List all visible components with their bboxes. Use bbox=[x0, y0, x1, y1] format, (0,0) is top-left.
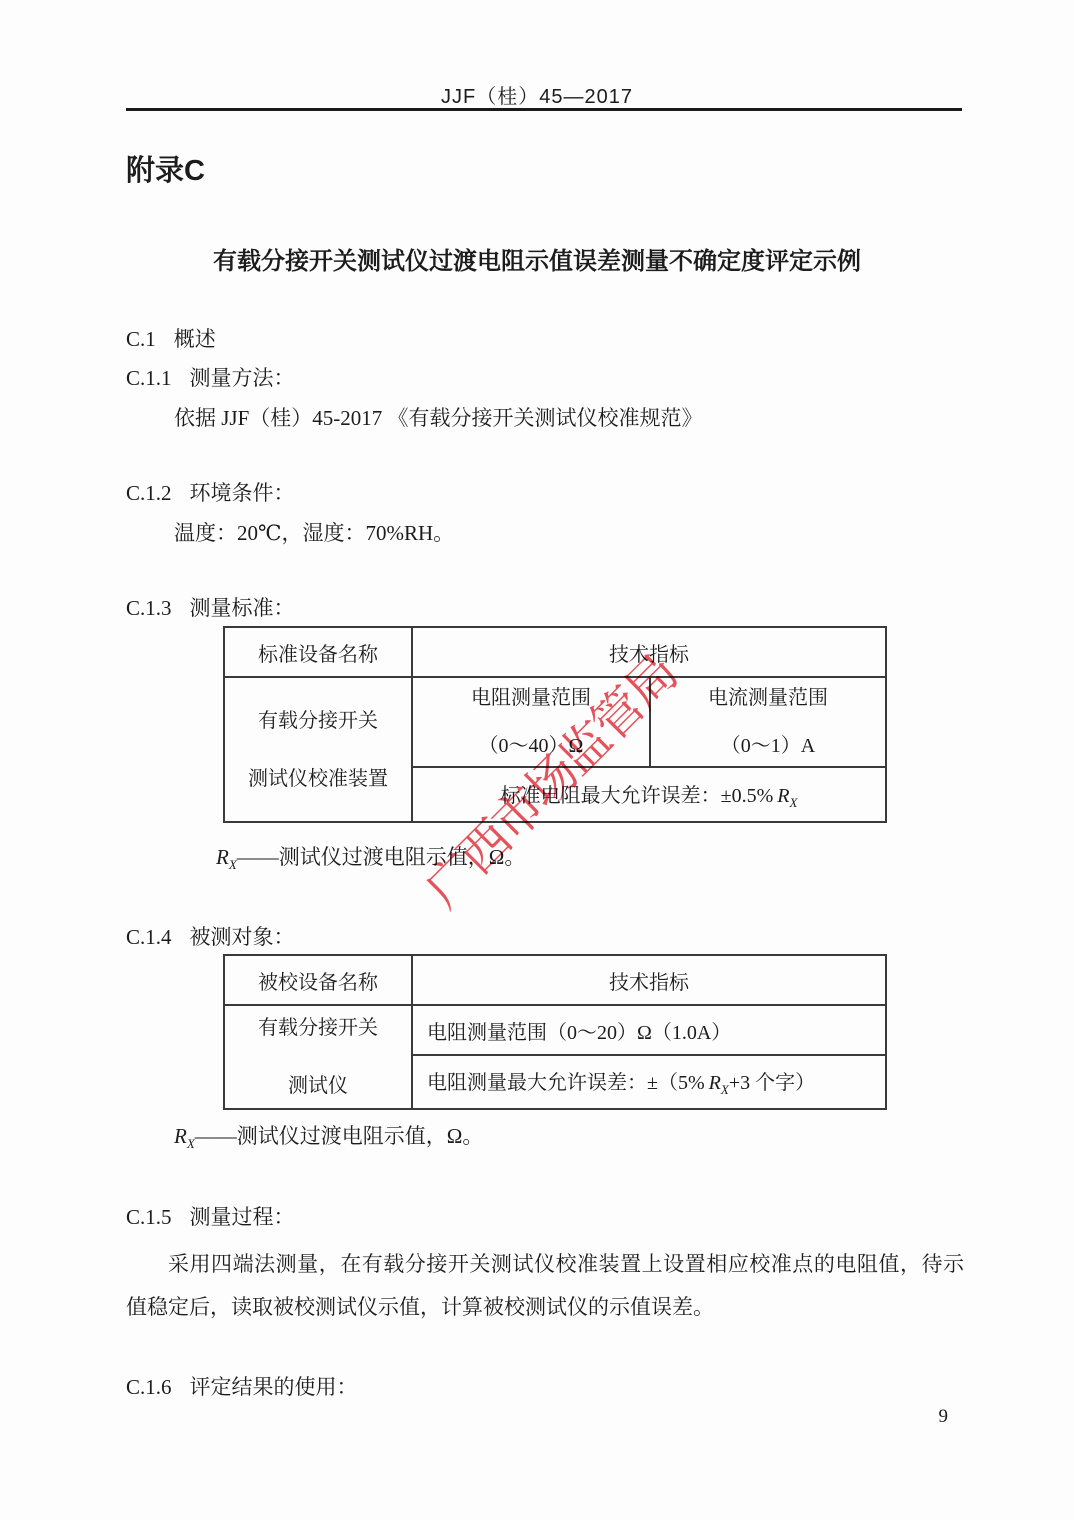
document-page: JJF（桂）45—2017 附录C 有载分接开关测试仪过渡电阻示值误差测量不确定… bbox=[0, 0, 1074, 1520]
note-text: ——测试仪过渡电阻示值，Ω。 bbox=[195, 1124, 484, 1148]
resistance-symbol-subscript: X bbox=[187, 1136, 195, 1151]
section-body-c11: 依据 JJF（桂）45-2017 《有载分接开关测试仪校准规范》 bbox=[174, 402, 703, 432]
section-title: 环境条件： bbox=[190, 481, 295, 505]
running-header: JJF（桂）45—2017 bbox=[0, 80, 1074, 109]
section-title: 测量方法： bbox=[190, 366, 295, 390]
rx-definition-note-1: RX——测试仪过渡电阻示值，Ω。 bbox=[216, 841, 525, 873]
current-range-value: （0～1）A bbox=[651, 733, 885, 759]
table-row-range: 有载分接开关 测试仪 电阻测量范围（0～20）Ω（1.0A） bbox=[224, 1005, 886, 1055]
cell-resistance-range: 电阻测量范围（0～20）Ω（1.0A） bbox=[412, 1005, 886, 1055]
table-header-row: 被校设备名称 技术指标 bbox=[224, 955, 886, 1005]
section-number: C.1.3 bbox=[126, 596, 172, 620]
resistance-range-value: （0～40）Ω bbox=[413, 733, 649, 759]
section-title: 测量过程： bbox=[190, 1205, 295, 1229]
resistance-symbol: R bbox=[174, 1124, 187, 1148]
section-heading-c14: C.1.4被测对象： bbox=[126, 921, 295, 951]
current-range-label: 电流测量范围 bbox=[651, 685, 885, 711]
device-name-line1: 有载分接开关 bbox=[225, 707, 411, 735]
resistance-range-label: 电阻测量范围 bbox=[413, 685, 649, 711]
section-number: C.1.1 bbox=[126, 366, 172, 390]
section-number: C.1 bbox=[126, 327, 156, 351]
page-number: 9 bbox=[126, 1406, 948, 1428]
table-header-row: 标准设备名称 技术指标 bbox=[224, 627, 886, 677]
section-title: 评定结果的使用： bbox=[190, 1375, 358, 1399]
table-row-ranges: 有载分接开关 测试仪校准装置 电阻测量范围 （0～40）Ω 电流测量范围 （0～… bbox=[224, 677, 886, 767]
section-title: 测量标准： bbox=[190, 596, 295, 620]
cell-standard-mpe: 标准电阻最大允许误差：±0.5%RX bbox=[412, 767, 886, 822]
section-body-c12: 温度：20℃，湿度：70%RH。 bbox=[174, 517, 454, 547]
header-cell-spec: 技术指标 bbox=[412, 955, 886, 1005]
resistance-symbol-subscript: X bbox=[721, 1082, 729, 1097]
device-name-line2: 测试仪 bbox=[225, 1072, 411, 1100]
section-heading-c13: C.1.3测量标准： bbox=[126, 592, 295, 622]
section-heading-c15: C.1.5测量过程： bbox=[126, 1201, 295, 1231]
header-rule bbox=[126, 108, 962, 111]
section-number: C.1.6 bbox=[126, 1375, 172, 1399]
header-cell-spec: 技术指标 bbox=[412, 627, 886, 677]
page-title: 有载分接开关测试仪过渡电阻示值误差测量不确定度评定示例 bbox=[0, 241, 1074, 276]
device-under-test-table: 被校设备名称 技术指标 有载分接开关 测试仪 电阻测量范围（0～20）Ω（1.0… bbox=[223, 954, 887, 1110]
section-number: C.1.5 bbox=[126, 1205, 172, 1229]
section-number: C.1.4 bbox=[126, 925, 172, 949]
section-body-c15: 采用四端法测量，在有载分接开关测试仪校准装置上设置相应校准点的电阻值，待示值稳定… bbox=[126, 1243, 964, 1329]
section-heading-c11: C.1.1测量方法： bbox=[126, 362, 295, 392]
appendix-label: 附录C bbox=[126, 148, 205, 189]
mpe-text: 电阻测量最大允许误差：±（5% bbox=[427, 1072, 705, 1094]
resistance-symbol: R bbox=[709, 1072, 721, 1094]
resistance-symbol: R bbox=[216, 845, 229, 869]
mpe-text: 标准电阻最大允许误差：±0.5% bbox=[501, 785, 774, 807]
device-name-line2: 测试仪校准装置 bbox=[225, 765, 411, 793]
section-heading-c16: C.1.6评定结果的使用： bbox=[126, 1371, 358, 1401]
measurement-standard-table: 标准设备名称 技术指标 有载分接开关 测试仪校准装置 电阻测量范围 （0～40）… bbox=[223, 626, 887, 823]
section-heading-c1: C.1概述 bbox=[126, 323, 216, 353]
cell-device-name: 有载分接开关 测试仪 bbox=[224, 1005, 412, 1109]
cell-dut-mpe: 电阻测量最大允许误差：±（5%RX+3 个字） bbox=[412, 1055, 886, 1109]
header-cell-device-name: 被校设备名称 bbox=[224, 955, 412, 1005]
cell-resistance-range: 电阻测量范围 （0～40）Ω bbox=[412, 677, 650, 767]
cell-current-range: 电流测量范围 （0～1）A bbox=[650, 677, 886, 767]
section-title: 被测对象： bbox=[190, 925, 295, 949]
resistance-symbol: R bbox=[777, 785, 789, 807]
mpe-text-suffix: +3 个字） bbox=[729, 1072, 815, 1094]
section-heading-c12: C.1.2环境条件： bbox=[126, 477, 295, 507]
rx-definition-note-2: RX——测试仪过渡电阻示值，Ω。 bbox=[174, 1120, 483, 1152]
resistance-symbol-subscript: X bbox=[229, 857, 237, 872]
header-cell-device-name: 标准设备名称 bbox=[224, 627, 412, 677]
resistance-symbol-subscript: X bbox=[789, 795, 797, 810]
section-title: 概述 bbox=[174, 327, 216, 351]
section-number: C.1.2 bbox=[126, 481, 172, 505]
cell-device-name: 有载分接开关 测试仪校准装置 bbox=[224, 677, 412, 822]
device-name-line1: 有载分接开关 bbox=[225, 1014, 411, 1042]
note-text: ——测试仪过渡电阻示值，Ω。 bbox=[237, 845, 526, 869]
